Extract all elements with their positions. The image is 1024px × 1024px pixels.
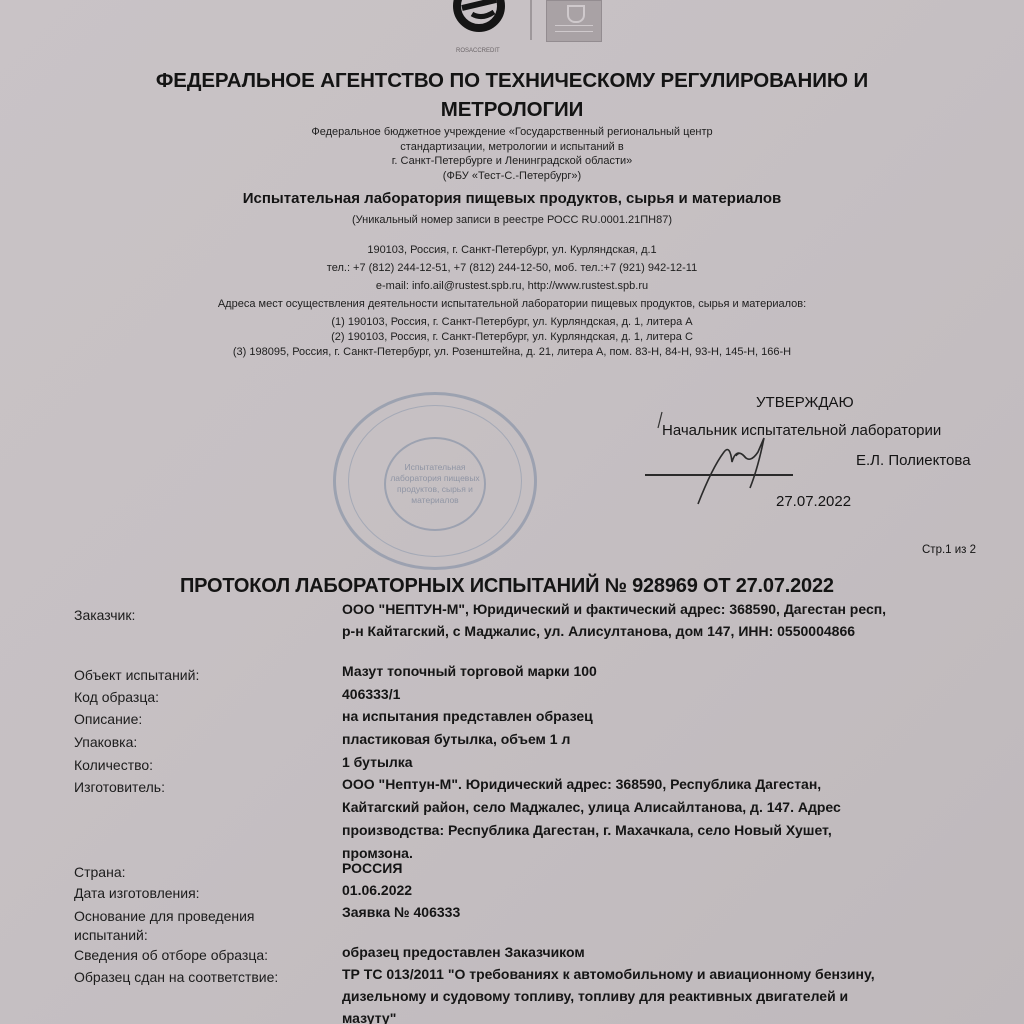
- site-address: (1) 190103, Россия, г. Санкт-Петербург, …: [0, 315, 1024, 330]
- field-value-description: на испытания представлен образец: [342, 705, 593, 727]
- field-label-packaging: Упаковка:: [74, 734, 137, 751]
- approver-name: Е.Л. Полиектова: [856, 452, 971, 469]
- label-line: Основание для проведения: [74, 907, 255, 926]
- sites-heading: Адреса мест осуществления деятельности и…: [0, 297, 1024, 312]
- field-value-sample-code: 406333/1: [342, 683, 400, 705]
- field-value-test-basis: Заявка № 406333: [342, 901, 460, 923]
- page-indicator: Стр.1 из 2: [922, 544, 976, 556]
- institution-line: г. Санкт-Петербурге и Ленинградской обла…: [0, 154, 1024, 169]
- field-label-quantity: Количество:: [74, 757, 153, 774]
- field-value-compliance: ТР ТС 013/2011 "О требованиях к автомоби…: [342, 963, 875, 1024]
- lab-stamp: Испытательная лаборатория пищевых продук…: [333, 392, 537, 570]
- institution-line: (ФБУ «Тест-С.-Петербург»): [0, 169, 1024, 184]
- field-value-test-object: Мазут топочный торговой марки 100: [342, 660, 597, 682]
- institution-block: Федеральное бюджетное учреждение «Госуда…: [0, 125, 1024, 183]
- stylized-e-logo-icon: [452, 0, 506, 36]
- stamp-inner-text: Испытательная лаборатория пищевых продук…: [384, 437, 486, 531]
- value-line: ООО "Нептун-М". Юридический адрес: 36859…: [342, 773, 841, 796]
- field-label-country: Страна:: [74, 864, 126, 881]
- value-line: ТР ТС 013/2011 "О требованиях к автомоби…: [342, 963, 875, 985]
- field-label-sampling-info: Сведения об отборе образца:: [74, 947, 268, 964]
- site-address: (3) 198095, Россия, г. Санкт-Петербург, …: [0, 345, 1024, 360]
- field-value-sampling-info: образец предоставлен Заказчиком: [342, 941, 585, 963]
- field-label-manufacturer: Изготовитель:: [74, 779, 165, 796]
- value-line: р-н Кайтагский, с Маджалис, ул. Алисулта…: [342, 620, 886, 642]
- field-label-customer: Заказчик:: [74, 607, 135, 624]
- site-address: (2) 190103, Россия, г. Санкт-Петербург, …: [0, 330, 1024, 345]
- lab-name: Испытательная лаборатория пищевых продук…: [0, 190, 1024, 207]
- emblem-badge-icon: [546, 0, 602, 42]
- logo-caption: ROSACCREDIT: [456, 48, 500, 54]
- agency-title: ФЕДЕРАЛЬНОЕ АГЕНТСТВО ПО ТЕХНИЧЕСКОМУ РЕ…: [0, 66, 1024, 124]
- field-label-description: Описание:: [74, 711, 142, 728]
- value-line: дизельному и судовому топливу, топливу д…: [342, 985, 875, 1007]
- agency-title-line2: МЕТРОЛОГИИ: [0, 95, 1024, 124]
- protocol-title: ПРОТОКОЛ ЛАБОРАТОРНЫХ ИСПЫТАНИЙ № 928969…: [180, 575, 834, 598]
- institution-line: Федеральное бюджетное учреждение «Госуда…: [0, 125, 1024, 140]
- field-label-manufacture-date: Дата изготовления:: [74, 885, 200, 902]
- registry-number: (Уникальный номер записи в реестре РОСС …: [0, 213, 1024, 228]
- agency-title-line1: ФЕДЕРАЛЬНОЕ АГЕНТСТВО ПО ТЕХНИЧЕСКОМУ РЕ…: [0, 66, 1024, 95]
- field-label-test-basis: Основание для проведения испытаний:: [74, 907, 255, 945]
- field-value-quantity: 1 бутылка: [342, 751, 413, 773]
- lab-contacts: e-mail: info.ail@rustest.spb.ru, http://…: [0, 279, 1024, 294]
- signature-mark: [640, 408, 780, 508]
- field-value-customer: ООО "НЕПТУН-М", Юридический и фактически…: [342, 598, 886, 642]
- field-label-sample-code: Код образца:: [74, 689, 159, 706]
- logo-divider: [530, 0, 532, 40]
- field-label-test-object: Объект испытаний:: [74, 667, 199, 684]
- field-value-manufacture-date: 01.06.2022: [342, 879, 412, 901]
- field-value-manufacturer: ООО "Нептун-М". Юридический адрес: 36859…: [342, 773, 841, 865]
- institution-line: стандартизации, метрологии и испытаний в: [0, 140, 1024, 155]
- value-line: ООО "НЕПТУН-М", Юридический и фактически…: [342, 598, 886, 620]
- lab-phones: тел.: +7 (812) 244-12-51, +7 (812) 244-1…: [0, 261, 1024, 276]
- field-value-packaging: пластиковая бутылка, объем 1 л: [342, 728, 570, 750]
- field-label-compliance: Образец сдан на соответствие:: [74, 969, 278, 986]
- value-line: мазуту": [342, 1007, 875, 1024]
- lab-address: 190103, Россия, г. Санкт-Петербург, ул. …: [0, 243, 1024, 258]
- value-line: производства: Республика Дагестан, г. Ма…: [342, 819, 841, 842]
- value-line: Кайтагский район, село Маджалес, улица А…: [342, 796, 841, 819]
- label-line: испытаний:: [74, 926, 255, 945]
- sites-list: (1) 190103, Россия, г. Санкт-Петербург, …: [0, 315, 1024, 360]
- value-line: промзона.: [342, 842, 841, 865]
- field-value-country: РОССИЯ: [342, 857, 402, 879]
- approval-date: 27.07.2022: [776, 493, 851, 510]
